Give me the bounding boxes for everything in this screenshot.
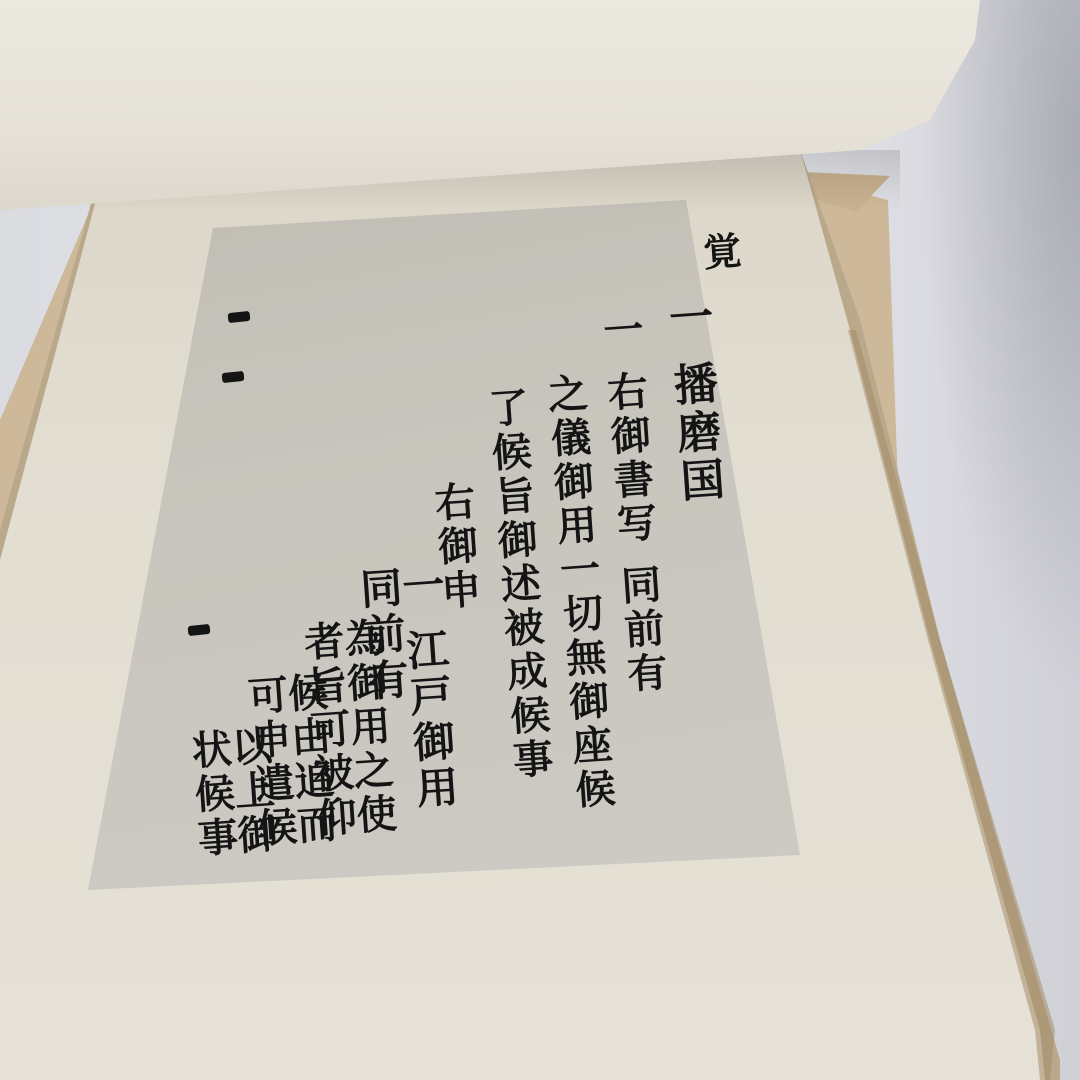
calligraphy-column: 以上御状候事 bbox=[187, 725, 278, 890]
photo-scene: 覚 一 播磨国 一 右御書写 同前有 之儀御用一切無御座候 了候旨御述被成候事 … bbox=[0, 0, 1080, 1080]
calligraphy-column: 覚 bbox=[698, 231, 739, 276]
background-shadow bbox=[920, 0, 1080, 700]
calligraphy-column: 了候旨御述被成候事 bbox=[484, 386, 552, 784]
calligraphy-column: 之儀御用一切無御座候 bbox=[543, 372, 614, 814]
calligraphy-column: 一 播磨国 bbox=[663, 293, 722, 507]
calligraphy-column: 一 右御書写 同前有 bbox=[599, 308, 666, 698]
